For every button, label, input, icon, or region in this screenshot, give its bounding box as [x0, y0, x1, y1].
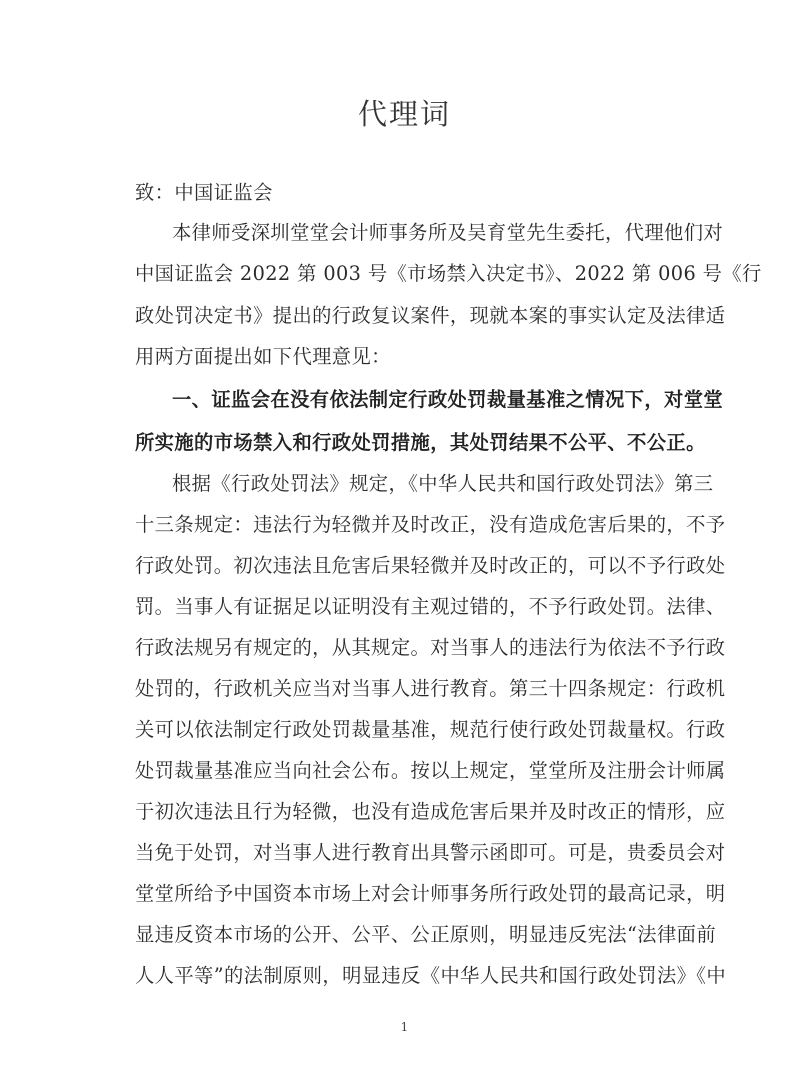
paragraph-line: 堂堂所给予中国资本市场上对会计师事务所行政处罚的最高记录，明 — [135, 884, 675, 903]
document-title: 代理词 — [0, 92, 809, 133]
addressee: 致：中国证监会 — [135, 183, 675, 202]
paragraph-line: 处罚的，行政机关应当对当事人进行教育。第三十四条规定：行政机 — [135, 679, 675, 698]
section-heading-line: 一、证监会在没有依法制定行政处罚裁量基准之情况下，对堂堂 — [172, 390, 712, 409]
paragraph-line: 显违反资本市场的公开、公平、公正原则，明显违反宪法“法律面前 — [135, 925, 675, 944]
paragraph-line: 根据《行政处罚法》规定，《中华人民共和国行政处罚法》第三 — [172, 474, 712, 493]
paragraph-line: 于初次违法且行为轻微，也没有造成危害后果并及时改正的情形，应 — [135, 802, 675, 821]
paragraph-line: 关可以依法制定行政处罚裁量基准，规范行使行政处罚裁量权。行政 — [135, 720, 675, 739]
paragraph-line: 行政法规另有规定的，从其规定。对当事人的违法行为依法不予行政 — [135, 638, 675, 657]
paragraph-line: 罚。当事人有证据足以证明没有主观过错的，不予行政处罚。法律、 — [135, 597, 675, 616]
paragraph-line: 当免于处罚，对当事人进行教育出具警示函即可。可是，贵委员会对 — [135, 843, 675, 862]
paragraph-line: 用两方面提出如下代理意见： — [135, 347, 675, 366]
paragraph-line: 本律师受深圳堂堂会计师事务所及吴育堂先生委托，代理他们对 — [172, 223, 712, 242]
section-heading-line: 所实施的市场禁入和行政处罚措施，其处罚结果不公平、不公正。 — [135, 433, 675, 452]
paragraph-line: 中国证监会 2022 第 003 号《市场禁入决定书》、2022 第 006 号… — [135, 264, 675, 283]
paragraph-line: 处罚裁量基准应当向社会公布。按以上规定，堂堂所及注册会计师属 — [135, 761, 675, 780]
paragraph-line: 人人平等”的法制原则，明显违反《中华人民共和国行政处罚法》《中 — [135, 966, 675, 985]
page-number: 1 — [0, 1020, 809, 1034]
paragraph-line: 行政处罚。初次违法且危害后果轻微并及时改正的，可以不予行政处 — [135, 556, 675, 575]
paragraph-line: 政处罚决定书》提出的行政复议案件，现就本案的事实认定及法律适 — [135, 306, 675, 325]
paragraph-line: 十三条规定：违法行为轻微并及时改正，没有造成危害后果的，不予 — [135, 515, 675, 534]
